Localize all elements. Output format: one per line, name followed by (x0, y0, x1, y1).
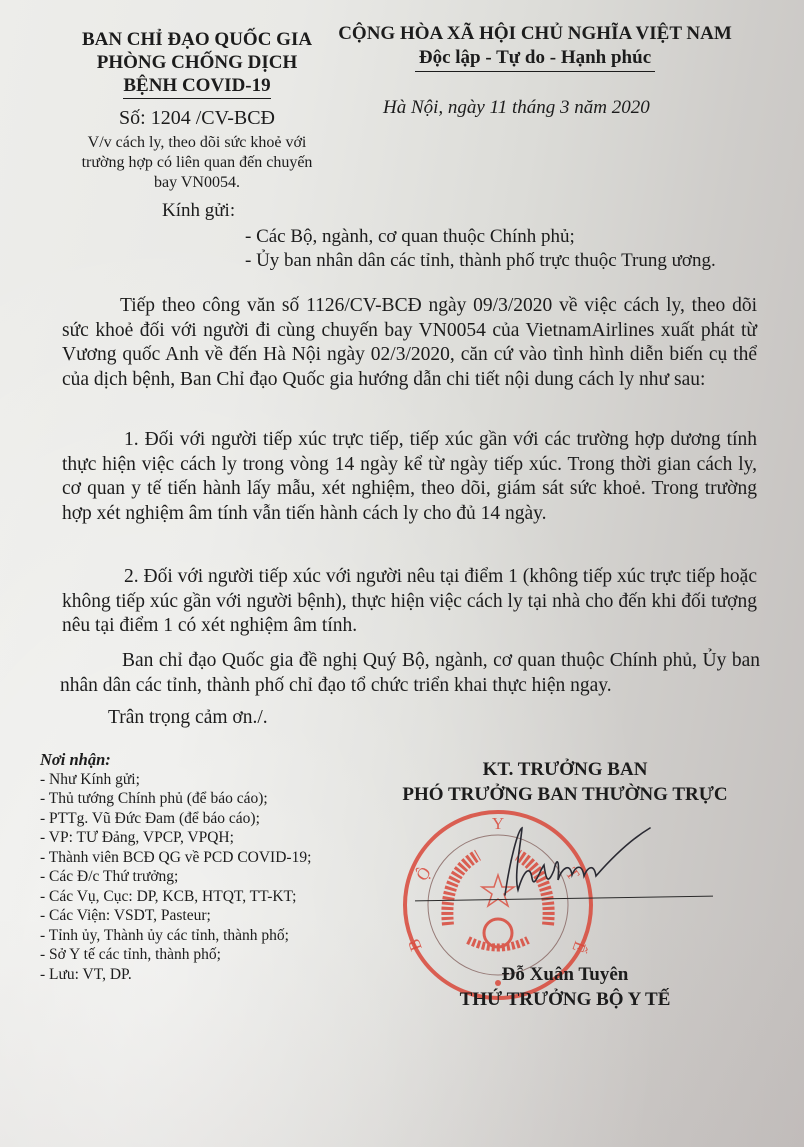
distribution-title: Nơi nhận: (40, 750, 311, 770)
distribution-item: - Các Viện: VSDT, Pasteur; (40, 906, 311, 926)
distribution-item: - Thủ tướng Chính phủ (để báo cáo); (40, 789, 311, 809)
distribution-item: - VP: TƯ Đảng, VPCP, VPQH; (40, 828, 311, 848)
country-name: CỘNG HÒA XÃ HỘI CHỦ NGHĨA VIỆT NAM (325, 22, 745, 46)
distribution-item: - Các Đ/c Thứ trưởng; (40, 867, 311, 887)
subject-line-3: bay VN0054. (62, 173, 332, 193)
org-line-2: PHÒNG CHỐNG DỊCH (62, 51, 332, 74)
signer-position: THỨ TRƯỞNG BỘ Y TẾ (365, 987, 765, 1012)
recipient-1: - Các Bộ, ngành, cơ quan thuộc Chính phủ… (245, 226, 575, 248)
svg-text:B: B (404, 936, 426, 953)
recipient-2: - Ủy ban nhân dân các tỉnh, thành phố tr… (245, 250, 716, 272)
request-paragraph: Ban chỉ đạo Quốc gia đề nghị Quý Bộ, ngà… (60, 649, 760, 698)
intro-paragraph: Tiếp theo công văn số 1126/CV-BCĐ ngày 0… (62, 294, 757, 392)
signature-title-line-1: KT. TRƯỞNG BAN (365, 757, 765, 782)
signer-block: Đỗ Xuân Tuyên THỨ TRƯỞNG BỘ Y TẾ (365, 962, 765, 1012)
place-date: Hà Nội, ngày 11 tháng 3 năm 2020 (383, 97, 650, 119)
national-header-block: CỘNG HÒA XÃ HỘI CHỦ NGHĨA VIỆT NAM Độc l… (325, 22, 745, 72)
org-line-3: BỆNH COVID-19 (123, 74, 270, 99)
addressee-label: Kính gửi: (162, 200, 235, 222)
document-number: Số: 1204 /CV-BCĐ (62, 107, 332, 130)
distribution-item: - Lưu: VT, DP. (40, 965, 311, 985)
item-2-paragraph: 2. Đối với người tiếp xúc với người nêu … (62, 565, 757, 639)
issuing-authority-block: BAN CHỈ ĐẠO QUỐC GIA PHÒNG CHỐNG DỊCH BỆ… (62, 28, 332, 193)
signer-name: Đỗ Xuân Tuyên (365, 962, 765, 987)
distribution-item: - Sở Y tế các tỉnh, thành phố; (40, 945, 311, 965)
subject-line-1: V/v cách ly, theo dõi sức khoẻ với (62, 133, 332, 153)
distribution-item: - Tỉnh ủy, Thành ủy các tỉnh, thành phố; (40, 926, 311, 946)
national-motto: Độc lập - Tự do - Hạnh phúc (415, 46, 655, 72)
svg-text:Ộ: Ộ (412, 863, 435, 884)
distribution-item: - Thành viên BCĐ QG về PCD COVID-19; (40, 848, 311, 868)
org-line-1: BAN CHỈ ĐẠO QUỐC GIA (62, 28, 332, 51)
distribution-list: Nơi nhận: - Như Kính gửi; - Thủ tướng Ch… (40, 750, 311, 984)
distribution-item: - Như Kính gửi; (40, 770, 311, 790)
signature-title-block: KT. TRƯỞNG BAN PHÓ TRƯỞNG BAN THƯỜNG TRỰ… (365, 757, 765, 807)
closing-line: Trân trọng cảm ơn./. (108, 706, 408, 731)
distribution-item: - PTTg. Vũ Đức Đam (để báo cáo); (40, 809, 311, 829)
distribution-item: - Các Vụ, Cục: DP, KCB, HTQT, TT-KT; (40, 887, 311, 907)
item-1-paragraph: 1. Đối với người tiếp xúc trực tiếp, tiế… (62, 428, 757, 526)
subject-line-2: trường hợp có liên quan đến chuyến (62, 153, 332, 173)
signature-title-line-2: PHÓ TRƯỞNG BAN THƯỜNG TRỰC (365, 782, 765, 807)
